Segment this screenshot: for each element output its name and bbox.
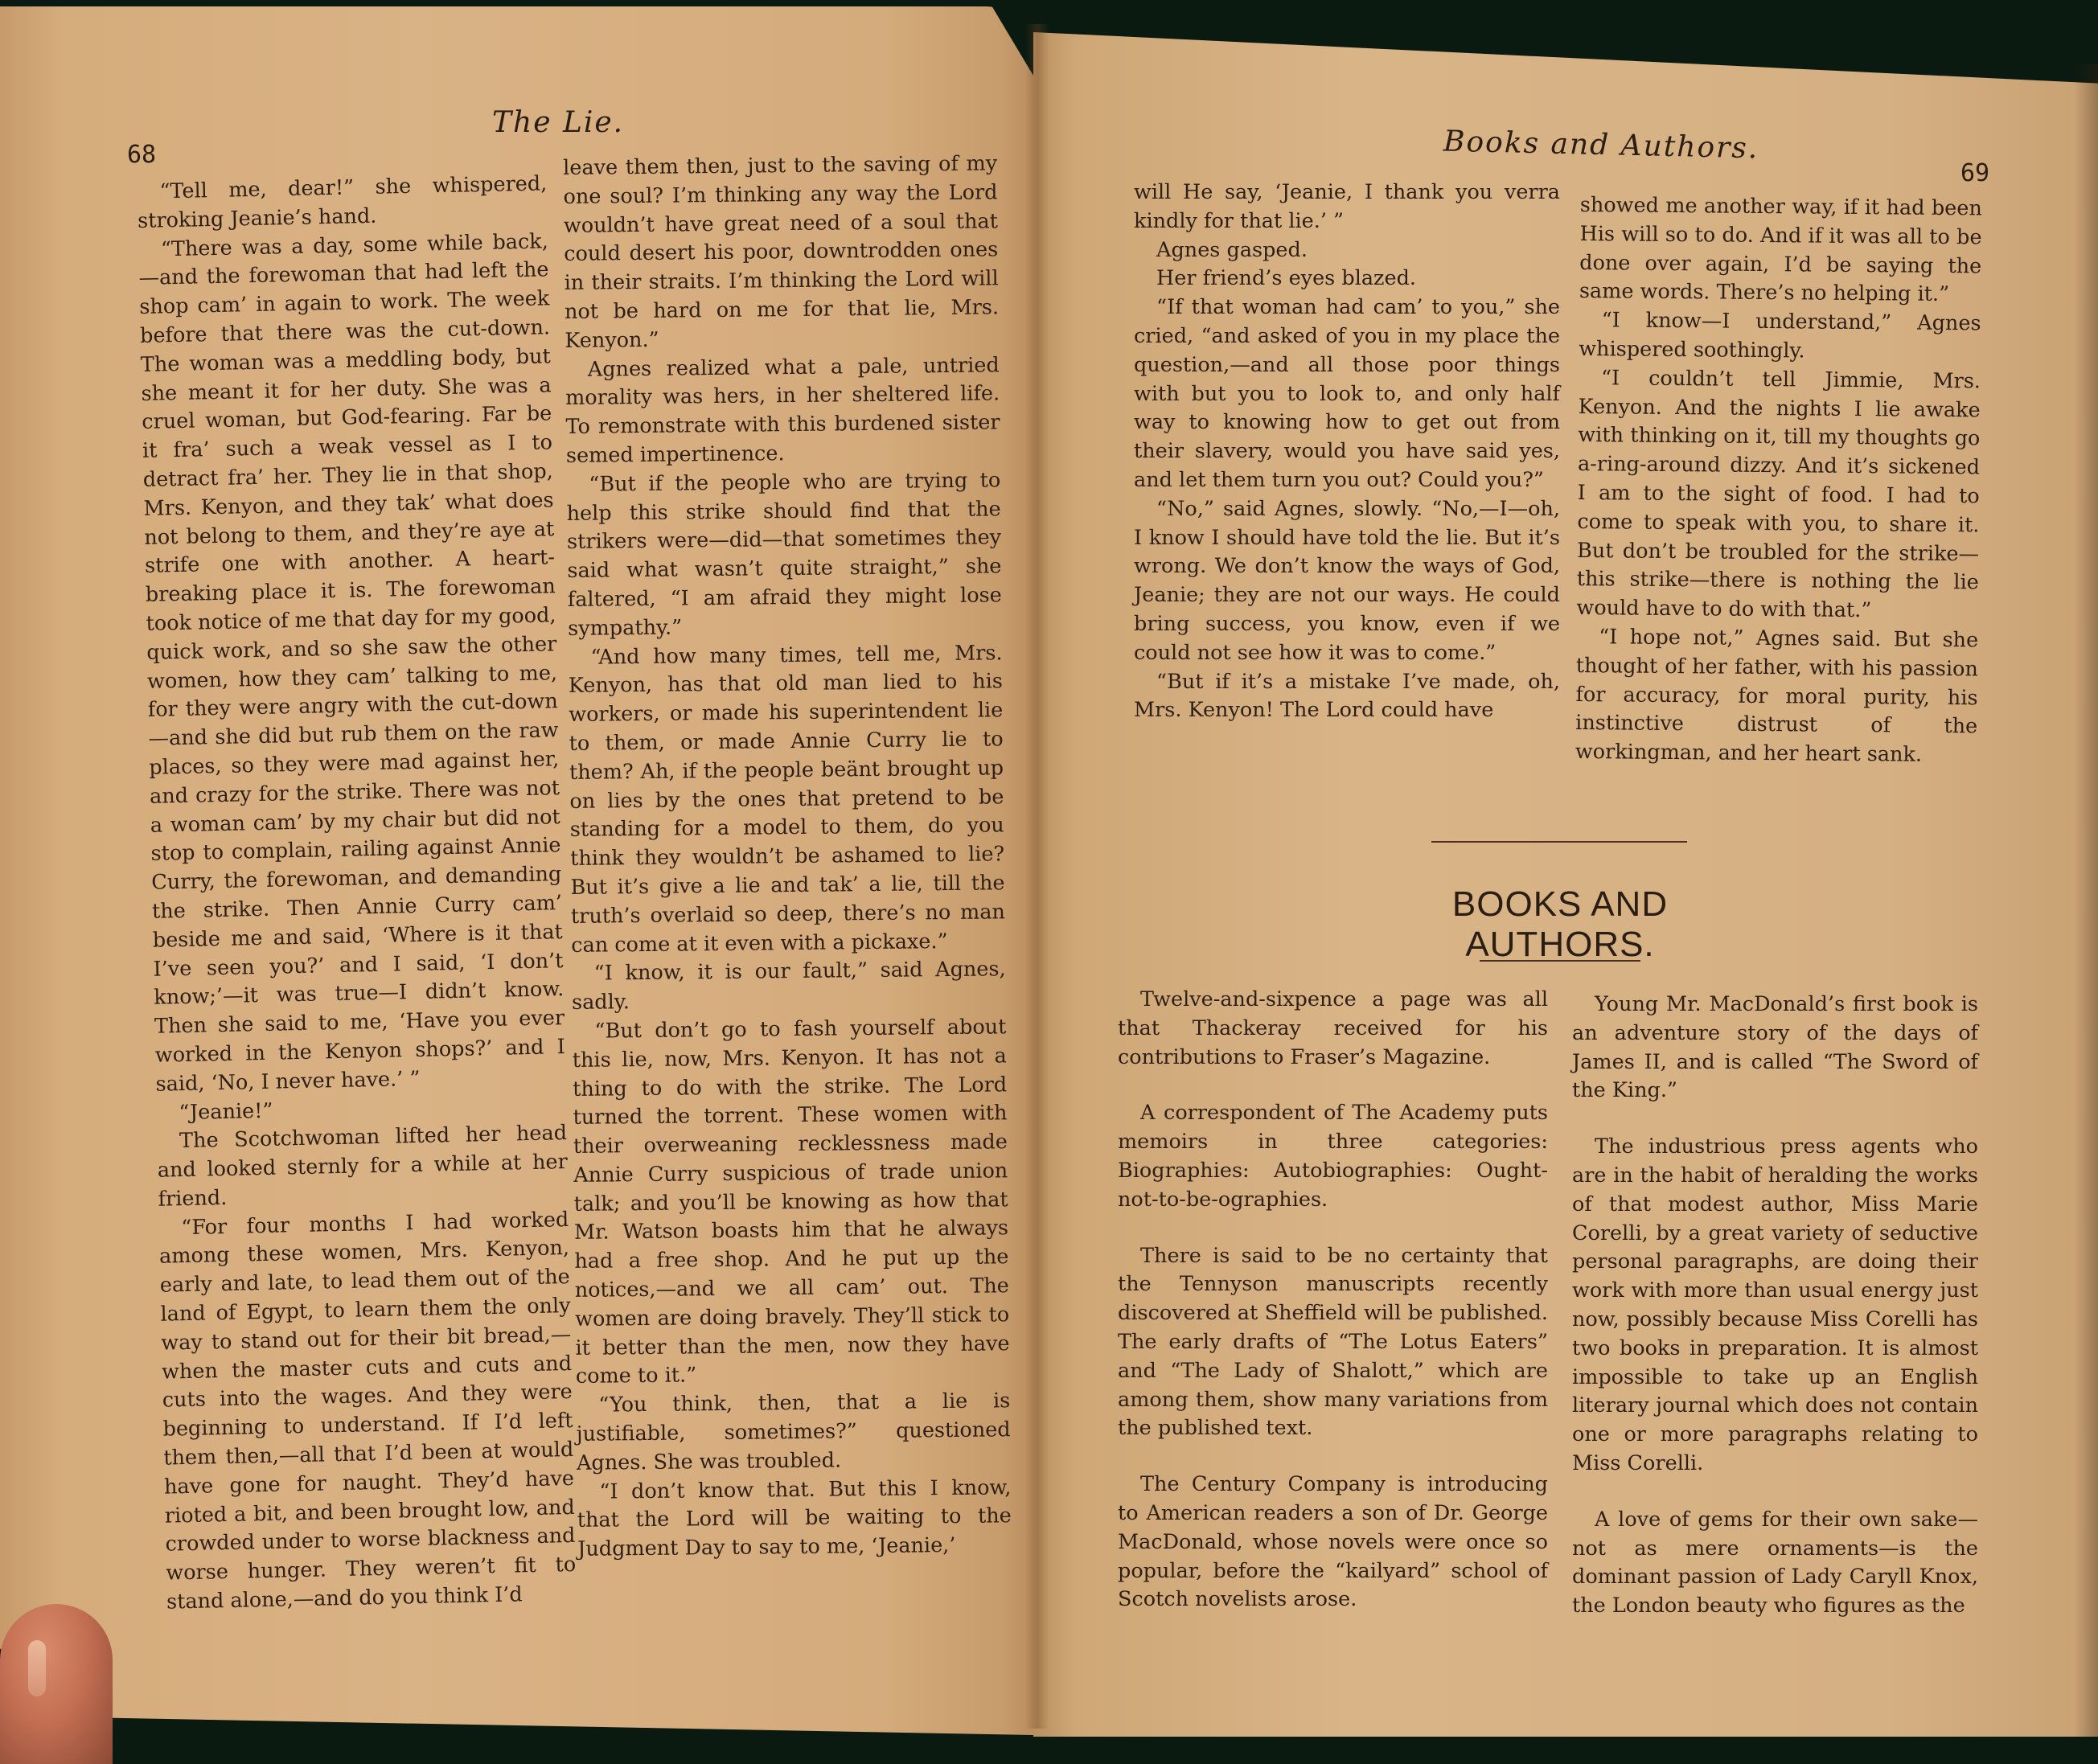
paragraph: The industrious press agents who are in … xyxy=(1572,1133,1978,1479)
left-running-head: The Lie. xyxy=(492,106,624,139)
paragraph: “Tell me, dear!” she whispered, stroking… xyxy=(137,170,548,236)
paragraph: There is said to be no certainty that th… xyxy=(1118,1242,1548,1444)
paragraph: leave them then, just to the saving of m… xyxy=(563,150,1000,355)
left-page-number: 68 xyxy=(127,141,156,169)
paragraph: Young Mr. MacDonald’s first book is an a… xyxy=(1572,991,1978,1106)
paragraph: Her friend’s eyes blazed. xyxy=(1134,265,1560,293)
paragraph: will He say, ‘Jeanie, I thank you verra … xyxy=(1134,178,1560,236)
paragraph: “But don’t go to fash yourself about thi… xyxy=(572,1013,1010,1392)
paragraph: “For four months I had worked among thes… xyxy=(158,1206,577,1618)
paragraph: “And how many times, tell me, Mrs. Kenyo… xyxy=(568,639,1005,960)
paragraph: “I hope not,” Agnes said. But she though… xyxy=(1575,623,1979,770)
left-page-column-1: “Tell me, dear!” she whispered, stroking… xyxy=(137,170,577,1617)
right-page-number: 69 xyxy=(1960,159,1989,187)
open-book-spread: 68 The Lie. “Tell me, dear!” she whisper… xyxy=(0,0,2098,1764)
paragraph: Agnes realized what a pale, untried mora… xyxy=(565,351,1000,471)
paragraph: Agnes gasped. xyxy=(1134,236,1560,265)
books-authors-column-2: Young Mr. MacDonald’s first book is an a… xyxy=(1572,991,1978,1621)
left-page-column-2: leave them then, just to the saving of m… xyxy=(563,150,1012,1565)
paragraph: “But if it’s a mistake I’ve made, oh, Mr… xyxy=(1134,668,1560,726)
right-page-column-1: will He say, ‘Jeanie, I thank you verra … xyxy=(1134,178,1560,725)
paragraph: “I don’t know that. But this I know, tha… xyxy=(577,1474,1012,1565)
paragraph: A love of gems for their own sake—not as… xyxy=(1572,1506,1978,1621)
paragraph: “No,” said Agnes, slowly. “No,—I—oh, I k… xyxy=(1134,495,1560,668)
page-edge-shadow xyxy=(2075,64,2098,1737)
paragraph: “You think, then, that a lie is justifia… xyxy=(576,1388,1011,1479)
paragraph: The Century Company is introducing to Am… xyxy=(1118,1471,1548,1614)
paragraph: “I know, it is our fault,” said Agnes, s… xyxy=(571,956,1006,1018)
paragraph: A correspondent of The Academy puts memo… xyxy=(1118,1099,1548,1214)
paragraph: “There was a day, some while back, —and … xyxy=(138,228,565,1099)
section-top-rule xyxy=(1431,841,1687,843)
section-title: BOOKS AND AUTHORS. xyxy=(1367,884,1753,965)
thumb xyxy=(0,1604,113,1764)
paragraph: showed me another way, if it had been Hi… xyxy=(1579,191,1982,310)
section-bottom-rule xyxy=(1480,960,1640,962)
books-authors-column-1: Twelve-and-sixpence a page was all that … xyxy=(1118,986,1548,1614)
paragraph: Twelve-and-sixpence a page was all that … xyxy=(1118,986,1548,1072)
thumbnail-highlight xyxy=(28,1640,46,1696)
paragraph: “But if the people who are trying to hel… xyxy=(566,466,1002,643)
paragraph: “I couldn’t tell Jimmie, Mrs. Kenyon. An… xyxy=(1576,364,1981,627)
right-page-column-2: showed me another way, if it had been Hi… xyxy=(1575,191,1982,770)
paragraph: “I know—I understand,” Agnes whispered s… xyxy=(1579,306,1981,367)
paragraph: The Scotchwoman lifted her head and look… xyxy=(157,1119,569,1214)
book-gutter xyxy=(1025,24,1049,1729)
paragraph: “If that woman had cam’ to you,” she cri… xyxy=(1134,293,1560,495)
